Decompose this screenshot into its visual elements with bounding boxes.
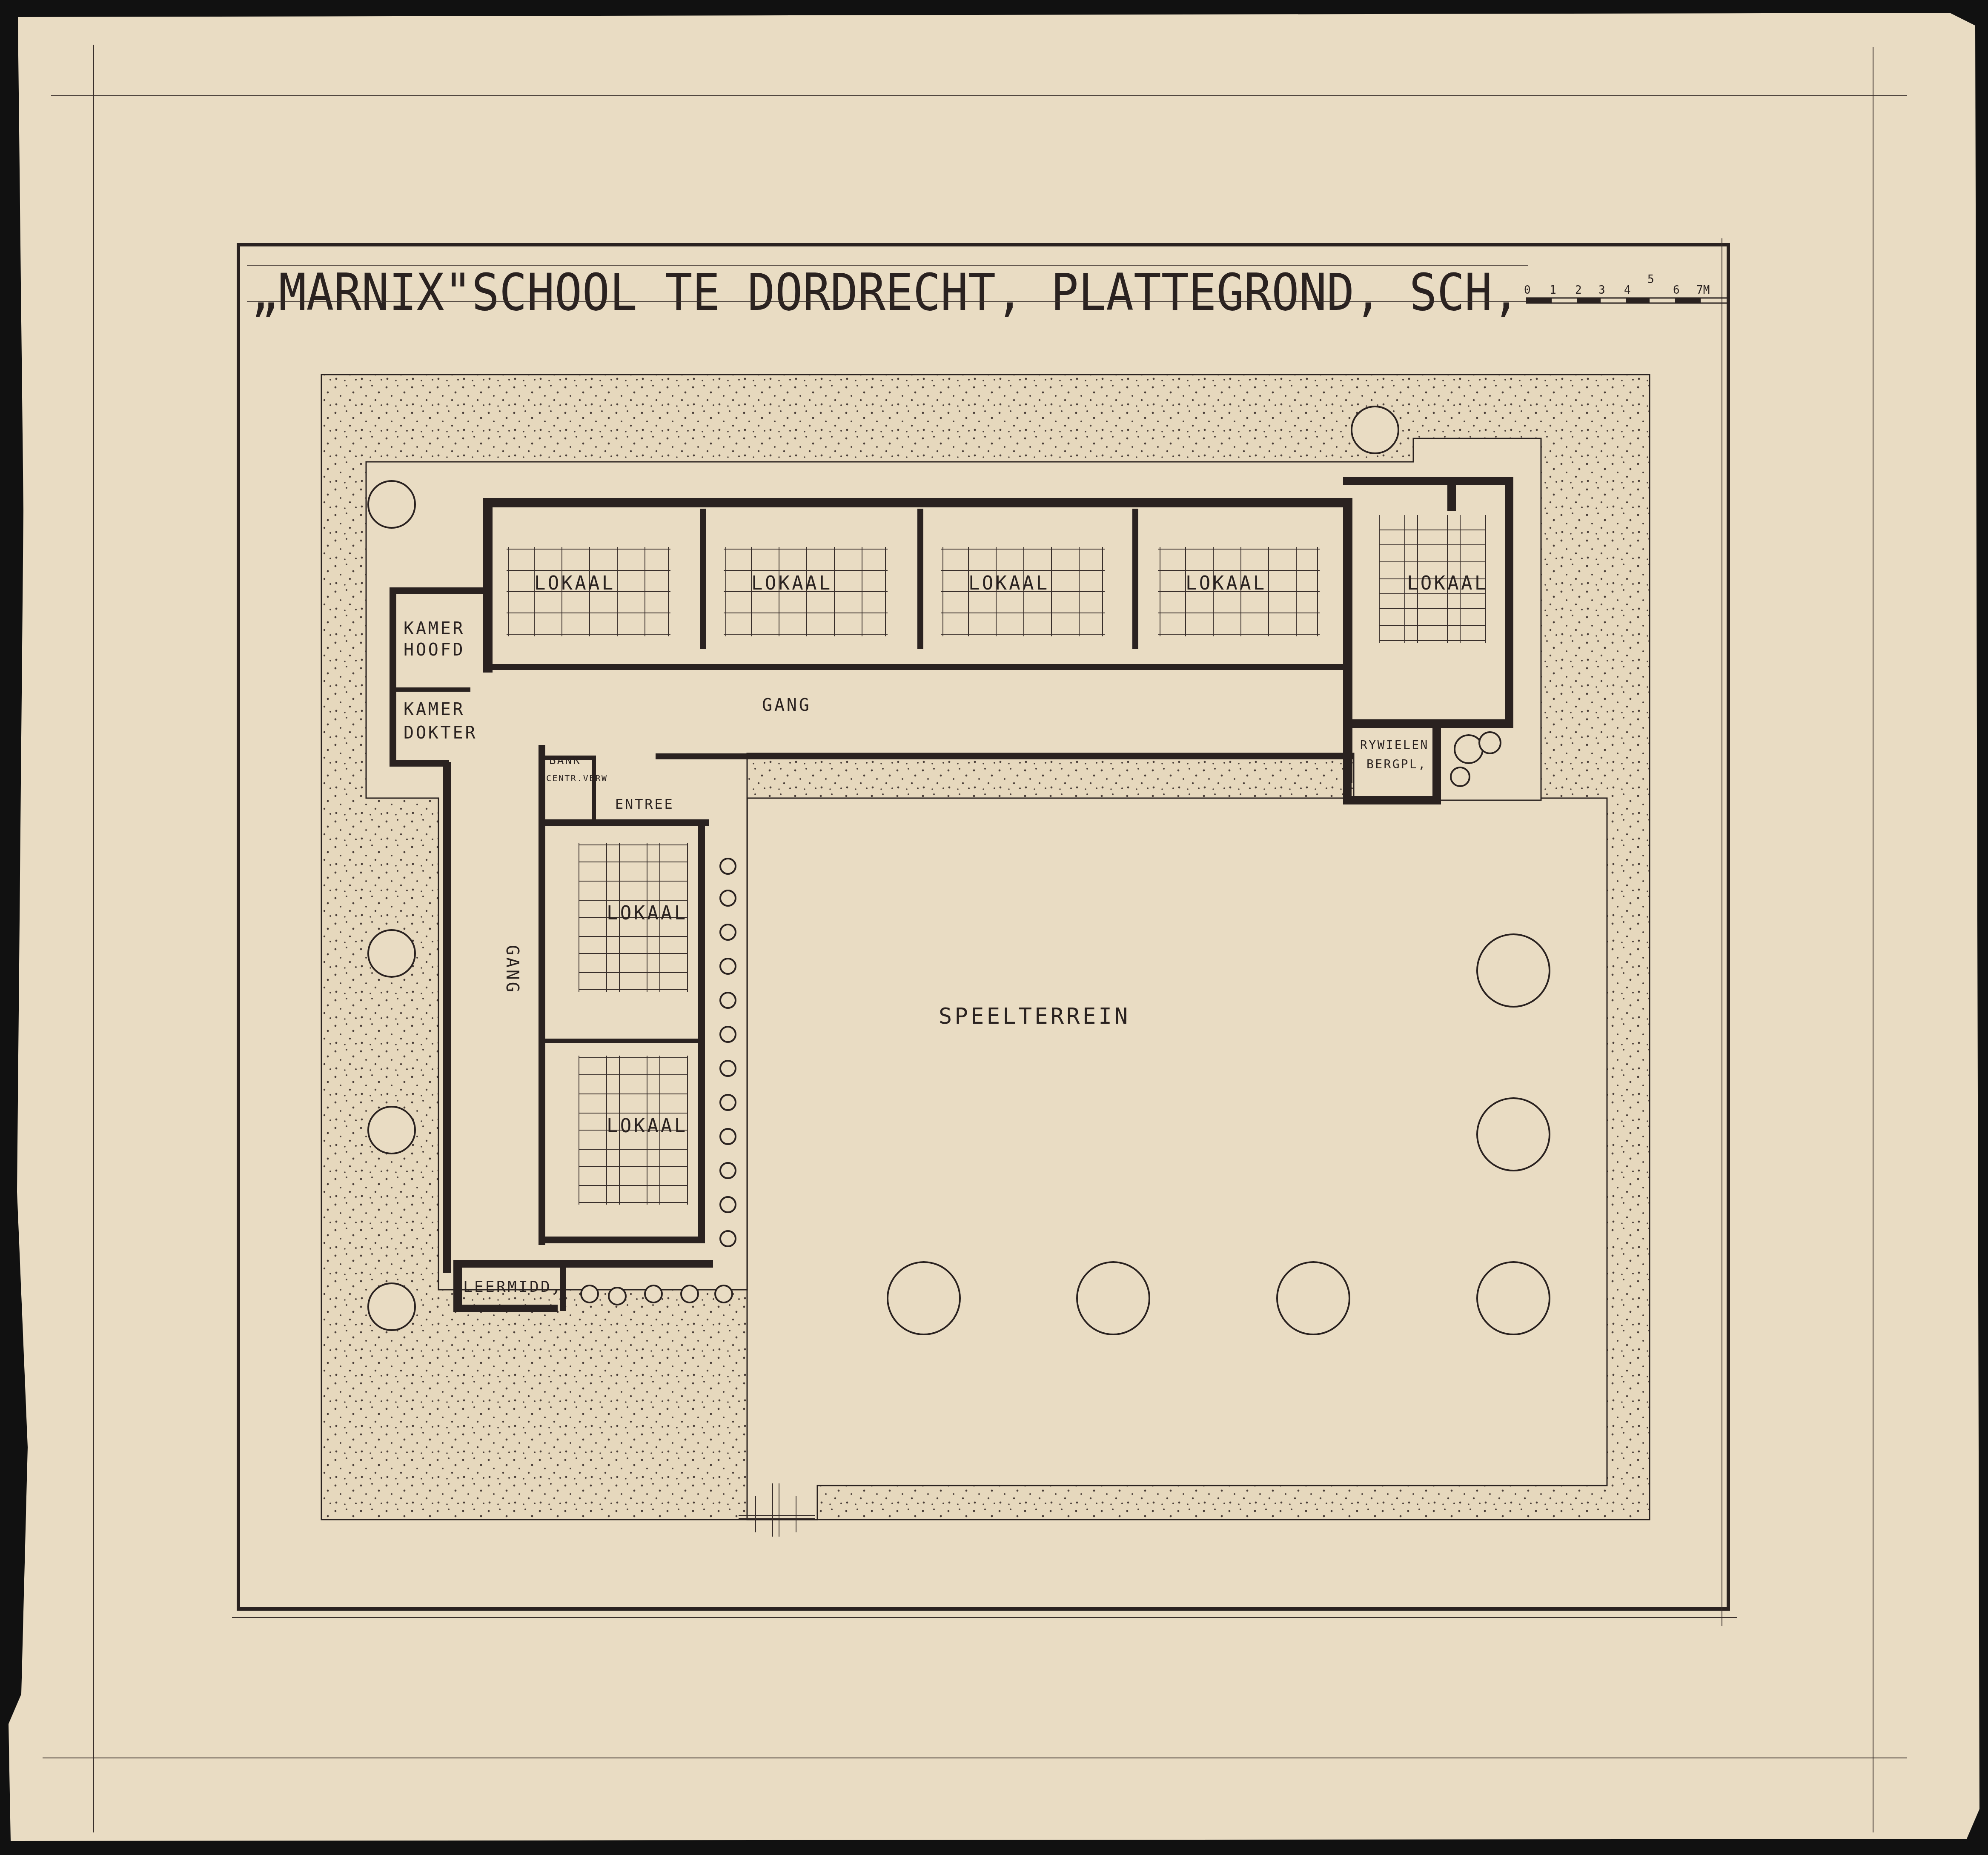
scale-tick-4: 4	[1624, 284, 1631, 297]
scale-tick-6: 6	[1673, 284, 1680, 297]
scale-tick-7m: 7M	[1696, 284, 1710, 297]
tree-icon	[888, 1262, 960, 1334]
label-bank: BANK	[549, 754, 581, 767]
tree-icon	[368, 1107, 415, 1154]
shrub-icon	[720, 1197, 736, 1212]
label-lokaal-6: LOKAAL	[607, 902, 688, 924]
scale-tick-1: 1	[1550, 284, 1556, 297]
label-kamer-dokter-1: KAMER	[404, 700, 465, 719]
shrub-icon	[581, 1285, 598, 1303]
shrub-icon	[720, 1061, 736, 1076]
shrub-icon	[1479, 732, 1501, 753]
tree-icon	[1352, 406, 1398, 453]
label-lokaal-5: LOKAAL	[1407, 573, 1488, 594]
shrub-icon	[720, 959, 736, 974]
label-lokaal-7: LOKAAL	[607, 1115, 688, 1137]
shrub-icon	[681, 1285, 698, 1303]
label-lokaal-2: LOKAAL	[751, 573, 833, 594]
scale-tick-0: 0	[1524, 284, 1531, 297]
label-kamer-hoofd-1: KAMER	[404, 619, 465, 638]
label-bergpl: BERGPL,	[1366, 757, 1427, 771]
label-rywielen: RYWIELEN	[1360, 738, 1429, 752]
shrub-icon	[1455, 735, 1483, 763]
label-entree: ENTREE	[615, 796, 674, 812]
shrub-icon	[720, 859, 736, 874]
shrub-icon	[720, 1027, 736, 1042]
playground-area	[747, 798, 1607, 1520]
label-centr-verw: CENTR.VERW	[546, 773, 607, 783]
label-lokaal-4: LOKAAL	[1186, 573, 1267, 594]
shrub-icon	[720, 1231, 736, 1246]
label-lokaal-3: LOKAAL	[968, 573, 1050, 594]
shrub-icon	[1451, 767, 1470, 786]
scale-tick-5: 5	[1647, 273, 1654, 286]
tree-icon	[1477, 1098, 1550, 1171]
tree-icon	[1277, 1262, 1349, 1334]
label-leermidd: LEERMIDD,	[463, 1278, 563, 1296]
shrub-icon	[720, 1163, 736, 1178]
tree-icon	[368, 930, 415, 977]
label-kamer-hoofd-2: HOOFD	[404, 640, 465, 660]
label-kamer-dokter-2: DOKTER	[404, 723, 477, 743]
tree-icon	[368, 481, 415, 528]
label-gang-horizontal: GANG	[762, 696, 811, 715]
scale-tick-2: 2	[1575, 284, 1582, 297]
floor-plan-sheet: „MARNIX"SCHOOL TE DORDRECHT, PLATTEGROND…	[0, 0, 1988, 1855]
shrub-icon	[720, 1129, 736, 1144]
label-speelterrein: SPEELTERREIN	[939, 1004, 1131, 1029]
tree-icon	[1477, 1262, 1550, 1334]
shrub-icon	[720, 925, 736, 940]
shrub-icon	[720, 1095, 736, 1110]
scale-tick-3: 3	[1598, 284, 1605, 297]
shrub-icon	[715, 1285, 732, 1303]
tree-icon	[368, 1283, 415, 1330]
shrub-icon	[609, 1288, 626, 1305]
label-gang-vertical: GANG	[502, 945, 522, 994]
shrub-icon	[645, 1285, 662, 1303]
shrub-icon	[720, 993, 736, 1008]
drawing-title: „MARNIX"SCHOOL TE DORDRECHT, PLATTEGROND…	[251, 263, 1520, 322]
shrub-icon	[720, 890, 736, 906]
tree-icon	[1077, 1262, 1149, 1334]
tree-icon	[1477, 934, 1550, 1007]
label-lokaal-1: LOKAAL	[534, 573, 616, 594]
